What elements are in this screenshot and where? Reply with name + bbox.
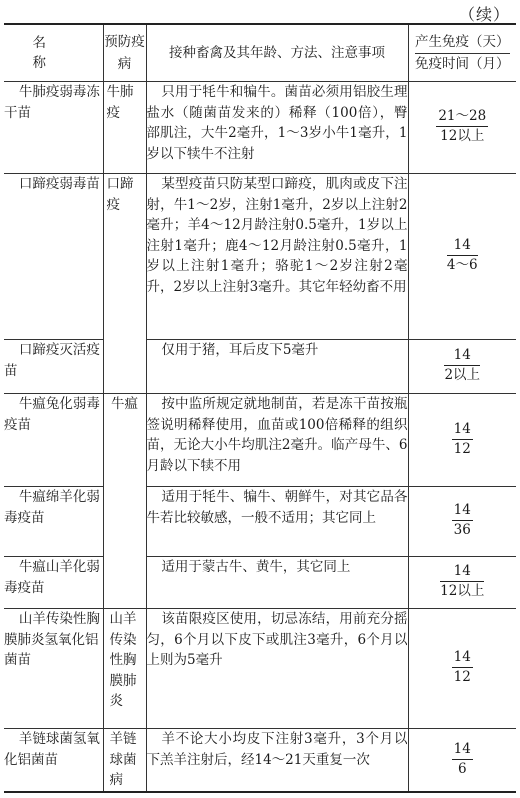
duration-months: 12以上 (440, 582, 484, 600)
table-row: 羊链球菌氢氧化铝菌苗 羊链球菌病 羊不论大小均皮下注射3毫升，3个月以下羔羊注射… (4, 729, 516, 792)
header-immunity-duration: 免疫时间（月） (415, 56, 510, 72)
onset-days: 14 (452, 502, 473, 521)
immunity-cell: 142以上 (408, 340, 516, 394)
method-cell: 该苗限疫区使用，切忌冻结，用前充分摇匀，6个月以下皮下或肌注3毫升，6个月以上则… (146, 609, 408, 729)
disease-cell: 山羊传染性胸膜肺炎 (103, 609, 146, 729)
disease-cell: 口蹄疫 (103, 174, 146, 394)
method-cell: 只用于牦牛和犏牛。菌苗必须用铝胶生理盐水（随菌苗发来的）稀释（100倍），臀部肌… (146, 82, 408, 174)
vaccine-name: 口蹄疫弱毒苗 (4, 174, 103, 340)
disease-cell: 牛瘟 (103, 394, 146, 609)
onset-days: 14 (444, 347, 480, 366)
onset-days: 14 (452, 649, 473, 668)
method-cell: 羊不论大小均皮下注射3毫升，3个月以下羔羊注射后，经14～21天重复一次 (146, 729, 408, 792)
duration-months: 6 (452, 760, 473, 778)
immunity-cell: 1412以上 (408, 557, 516, 609)
vaccine-name: 山羊传染性胸膜肺炎氢氧化铝菌苗 (4, 609, 103, 729)
table-row: 口蹄疫灭活疫苗 仅用于猪，耳后皮下5毫升 142以上 (4, 340, 516, 394)
vaccine-name: 牛瘟绵羊化弱毒疫苗 (4, 487, 103, 557)
onset-days: 14 (452, 741, 473, 760)
duration-months: 36 (452, 521, 473, 539)
method-cell: 适用于牦牛、犏牛、朝鲜牛，对其它品各牛若比较敏感，一般不适用；其它同上 (146, 487, 408, 557)
table-row: 山羊传染性胸膜肺炎氢氧化铝菌苗 山羊传染性胸膜肺炎 该苗限疫区使用，切忌冻结，用… (4, 609, 516, 729)
header-name: 名 称 (4, 24, 103, 82)
duration-months: 12以上 (436, 127, 488, 145)
header-disease: 预防疫病 (103, 24, 146, 82)
method-cell: 适用于蒙古牛、黄牛，其它同上 (146, 557, 408, 609)
table-row: 牛肺疫弱毒冻干苗 牛肺疫 只用于牦牛和犏牛。菌苗必须用铝胶生理盐水（随菌苗发来的… (4, 82, 516, 174)
vaccine-name: 牛瘟山羊化弱毒疫苗 (4, 557, 103, 609)
header-method: 接种畜禽及其年龄、方法、注意事项 (146, 24, 408, 82)
vaccine-name: 牛肺疫弱毒冻干苗 (4, 82, 103, 174)
vaccine-name: 羊链球菌氢氧化铝菌苗 (4, 729, 103, 792)
onset-days: 21～28 (436, 108, 488, 127)
duration-months: 12 (452, 668, 473, 686)
header-immunity: 产生免疫（天） 免疫时间（月） (408, 24, 516, 82)
table-row: 口蹄疫弱毒苗 口蹄疫 某型疫苗只防某型口蹄疫，肌肉或皮下注射，牛1～2岁，注射1… (4, 174, 516, 340)
disease-cell: 牛肺疫 (103, 82, 146, 174)
header-immunity-onset: 产生免疫（天） (415, 32, 510, 54)
vaccine-table: 名 称 预防疫病 接种畜禽及其年龄、方法、注意事项 产生免疫（天） 免疫时间（月… (4, 23, 516, 793)
duration-months: 2以上 (444, 366, 480, 384)
immunity-cell: 1436 (408, 487, 516, 557)
immunity-cell: 1412 (408, 609, 516, 729)
table-row: 牛瘟山羊化弱毒疫苗 适用于蒙古牛、黄牛，其它同上 1412以上 (4, 557, 516, 609)
table-row: 牛瘟绵羊化弱毒疫苗 适用于牦牛、犏牛、朝鲜牛，对其它品各牛若比较敏感，一般不适用… (4, 487, 516, 557)
onset-days: 14 (452, 421, 473, 440)
table-row: 牛瘟兔化弱毒疫苗 牛瘟 按中监所规定就地制苗，若是冻干苗按瓶签说明稀释使用，血苗… (4, 394, 516, 487)
method-cell: 某型疫苗只防某型口蹄疫，肌肉或皮下注射，牛1～2岁，注射1毫升，2岁以上注射2毫… (146, 174, 408, 340)
onset-days: 14 (440, 563, 484, 582)
onset-days: 14 (447, 237, 478, 256)
method-cell: 按中监所规定就地制苗，若是冻干苗按瓶签说明稀释使用，血苗或100倍稀释的组织苗，… (146, 394, 408, 487)
method-cell: 仅用于猪，耳后皮下5毫升 (146, 340, 408, 394)
disease-cell: 羊链球菌病 (103, 729, 146, 792)
duration-months: 4～6 (447, 256, 478, 274)
duration-months: 12 (452, 440, 473, 458)
immunity-cell: 1412 (408, 394, 516, 487)
immunity-cell: 144～6 (408, 174, 516, 340)
immunity-cell: 21～2812以上 (408, 82, 516, 174)
continued-label: （续） (459, 2, 510, 25)
vaccine-name: 口蹄疫灭活疫苗 (4, 340, 103, 394)
table-header-row: 名 称 预防疫病 接种畜禽及其年龄、方法、注意事项 产生免疫（天） 免疫时间（月… (4, 24, 516, 82)
immunity-cell: 146 (408, 729, 516, 792)
vaccine-name: 牛瘟兔化弱毒疫苗 (4, 394, 103, 487)
